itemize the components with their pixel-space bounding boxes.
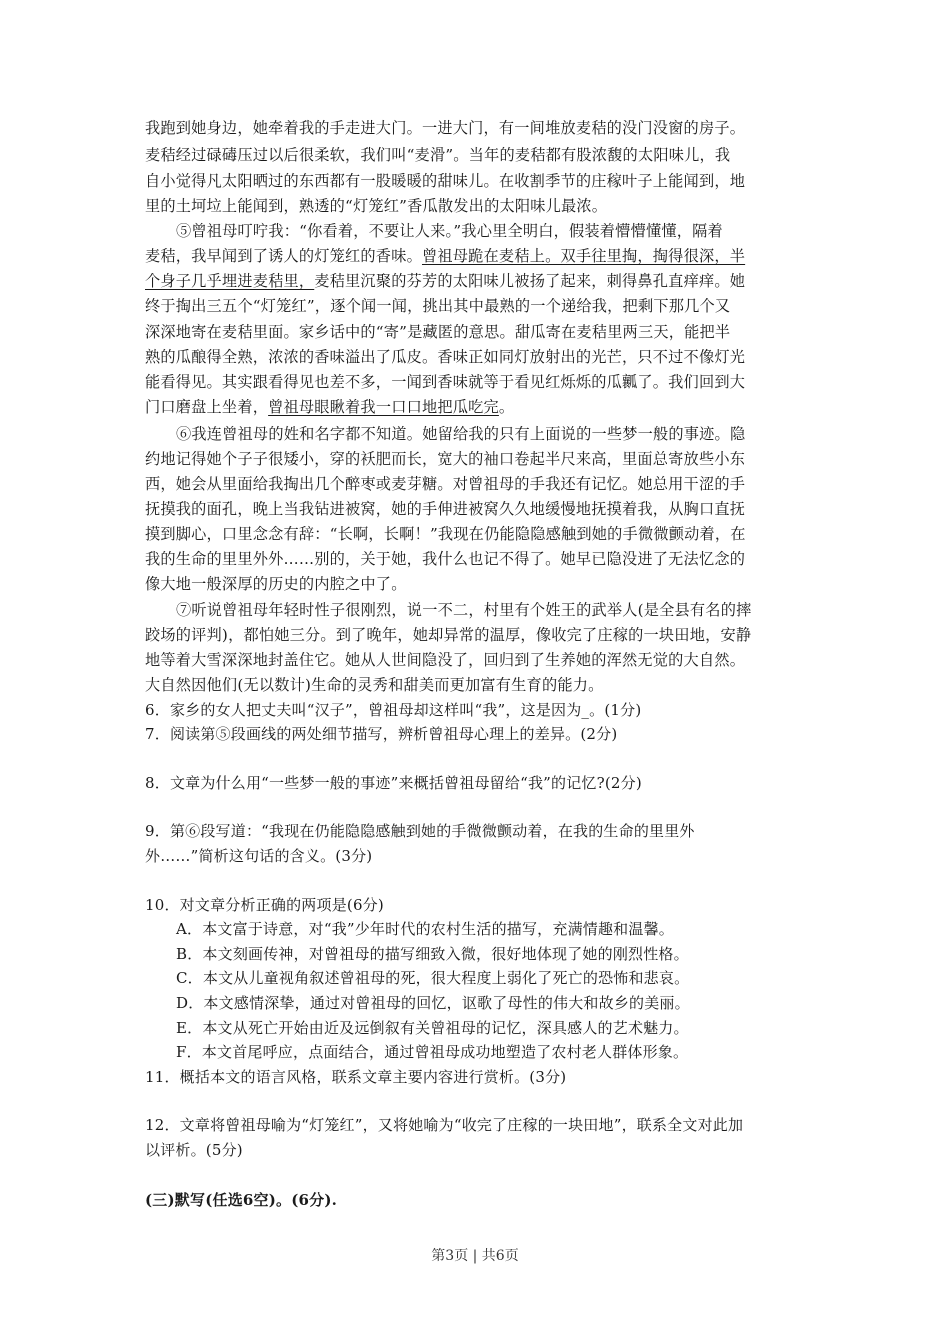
paragraph-5-line: 终于掏出三五个“灯笼红”，逐个闻一闻，挑出其中最熟的一个递给我，把剩下那几个又 (145, 296, 810, 316)
paragraph-6-line: 约地记得她个子子很矮小，穿的袄肥而长，宽大的袖口卷起半尺来高，里面总寄放些小东 (145, 449, 810, 469)
paragraph-5-line: ⑤曾祖母叮咛我：“你看着，不要让人来。”我心里全明白，假装着懵懵懂懂，隔着 (176, 221, 810, 241)
paragraph-5-line: 能看得见。其实跟看得见也差不多，一闻到香味就等于看见红烁烁的瓜瓤了。我们回到大 (145, 372, 810, 392)
option-c: C．本文从儿童视角叙述曾祖母的死，很大程度上弱化了死亡的恐怖和悲哀。 (176, 968, 841, 988)
question-10: 10．对文章分析正确的两项是(6分) (145, 895, 810, 915)
question-12-cont: 以评析。(5分) (145, 1140, 810, 1160)
paragraph-7-line: 跤场的评判)，都怕她三分。到了晚年，她却异常的温厚，像收完了庄稼的一块田地，安静 (145, 625, 810, 645)
paragraph-7-line: ⑦听说曾祖母年轻时性子很刚烈，说一不二，村里有个姓王的武举人(是全县有名的摔 (176, 600, 810, 620)
paragraph-5-line: 门口磨盘上坐着，曾祖母眼瞅着我一口口地把瓜吃完。 (145, 397, 810, 417)
underlined-detail-1-cont: 个身子几乎埋进麦秸里， (145, 272, 314, 290)
paragraph-6-line: 像大地一般深厚的历史的内腔之中了。 (145, 574, 810, 594)
underlined-detail-1: 曾祖母跪在麦秸上。双手往里掏，掏得很深，半 (422, 247, 745, 265)
question-7: 7．阅读第⑤段画线的两处细节描写，辨析曾祖母心理上的差异。(2分) (145, 724, 810, 744)
paragraph-7-line: 地等着大雪深深地封盖住它。她从人世间隐没了，回归到了生养她的浑然无觉的大自然。 (145, 650, 810, 670)
paragraph-7-line: 大自然因他们(无以数计)生命的灵秀和甜美而更加富有生育的能力。 (145, 675, 810, 695)
option-f: F．本文首尾呼应，点面结合，通过曾祖母成功地塑造了农村老人群体形象。 (176, 1042, 841, 1062)
passage-line: 自小觉得凡太阳晒过的东西都有一股暖暖的甜味儿。在收割季节的庄稼叶子上能闻到，地 (145, 171, 810, 191)
passage-text: 麦秸里沉聚的芬芳的太阳味儿被扬了起来，刺得鼻孔直痒痒。她 (314, 272, 745, 290)
option-e: E．本文从死亡开始由近及远倒叙有关曾祖母的记忆，深具感人的艺术魅力。 (176, 1018, 841, 1038)
passage-text: 门口磨盘上坐着， (145, 398, 268, 416)
passage-line: 麦秸经过碌碡压过以后很柔软，我们叫“麦滑”。当年的麦秸都有股浓馥的太阳味儿，我 (145, 145, 810, 165)
passage-line: 我跑到她身边，她牵着我的手走进大门。一进大门，有一间堆放麦秸的没门没窗的房子。 (145, 118, 810, 138)
passage-text: 。 (499, 398, 514, 416)
question-12: 12．文章将曾祖母喻为“灯笼红”，又将她喻为“收完了庄稼的一块田地”，联系全文对… (145, 1115, 810, 1135)
option-a: A．本文富于诗意，对“我”少年时代的农村生活的描写，充满情趣和温馨。 (176, 919, 841, 939)
passage-line: 里的土坷垃上能闻到，熟透的“灯笼红”香瓜散发出的太阳味儿最浓。 (145, 196, 810, 216)
paragraph-5-line: 熟的瓜酿得全熟，浓浓的香味溢出了瓜皮。香味正如同灯放射出的光芒，只不过不像灯光 (145, 347, 810, 367)
question-9-cont: 外……”简析这句话的含义。(3分) (145, 846, 810, 866)
paragraph-6-line: 摸到脚心，口里念念有辞：“长啊，长啊！”我现在仍能隐隐感触到她的手微微颤动着，在 (145, 524, 810, 544)
paragraph-6-line: 我的生命的里里外外……别的，关于她，我什么也记不得了。她早已隐没进了无法忆念的 (145, 549, 810, 569)
passage-text: 麦秸，我早闻到了诱人的灯笼红的香味。 (145, 247, 422, 265)
question-11: 11．概括本文的语言风格，联系文章主要内容进行赏析。(3分) (145, 1067, 810, 1087)
paragraph-5-line: 麦秸，我早闻到了诱人的灯笼红的香味。曾祖母跪在麦秸上。双手往里掏，掏得很深，半 (145, 246, 810, 266)
paragraph-5-line: 个身子几乎埋进麦秸里，麦秸里沉聚的芬芳的太阳味儿被扬了起来，刺得鼻孔直痒痒。她 (145, 271, 810, 291)
paragraph-6-line: 西，她会从里面给我掏出几个醉枣或麦芽糖。对曾祖母的手我还有记忆。她总用干涩的手 (145, 474, 810, 494)
section-heading: (三)默写(任选6空)。(6分). (145, 1190, 810, 1210)
paragraph-6-line: 抚摸我的面孔，晚上当我钻进被窝，她的手伸进被窝久久地缓慢地抚摸着我，从胸口直抚 (145, 499, 810, 519)
option-d: D．本文感情深挚，通过对曾祖母的回忆，讴歌了母性的伟大和故乡的美丽。 (176, 993, 841, 1013)
paragraph-6-line: ⑥我连曾祖母的姓和名字都不知道。她留给我的只有上面说的一些梦一般的事迹。隐 (176, 424, 810, 444)
paragraph-5-line: 深深地寄在麦秸里面。家乡话中的“寄”是藏匿的意思。甜瓜寄在麦秸里两三天，能把半 (145, 322, 810, 342)
option-b: B．本文刻画传神，对曾祖母的描写细致入微，很好地体现了她的刚烈性格。 (176, 944, 841, 964)
question-8: 8．文章为什么用“一些梦一般的事迹”来概括曾祖母留给“我”的记忆?(2分) (145, 773, 810, 793)
page-number: 第3页 | 共6页 (0, 1245, 950, 1265)
underlined-detail-2: 曾祖母眼瞅着我一口口地把瓜吃完 (268, 398, 499, 416)
question-9: 9．第⑥段写道：“我现在仍能隐隐感触到她的手微微颤动着，在我的生命的里里外 (145, 821, 810, 841)
exam-page: 我跑到她身边，她牵着我的手走进大门。一进大门，有一间堆放麦秸的没门没窗的房子。 … (0, 0, 950, 1344)
question-6: 6．家乡的女人把丈夫叫“汉子”，曾祖母却这样叫“我”，这是因为_。(1分) (145, 700, 810, 720)
